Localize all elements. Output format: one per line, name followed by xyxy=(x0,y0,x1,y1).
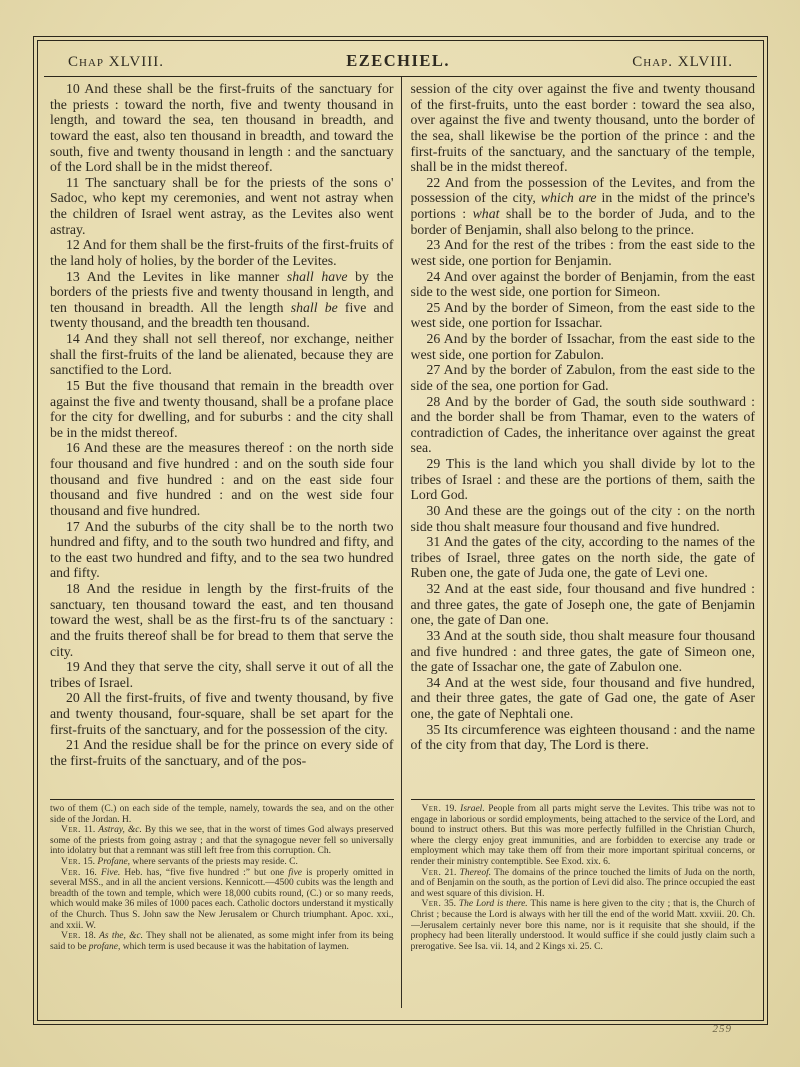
verse-paragraph: 29 This is the land which you shall divi… xyxy=(411,456,756,503)
verse-paragraph: 18 And the residue in length by the firs… xyxy=(50,581,394,659)
verse-paragraph: 35 Its circumference was eighteen thousa… xyxy=(411,722,756,753)
scanned-page: Chap XLVIII. EZECHIEL. Chap. XLVIII. 10 … xyxy=(0,0,800,1067)
verse-paragraph: 16 And these are the measures thereof : … xyxy=(50,440,394,518)
verse-paragraph: 23 And for the rest of the tribes : from… xyxy=(411,237,756,268)
verse-paragraph: 31 And the gates of the city, according … xyxy=(411,534,756,581)
text-columns: 10 And these shall be the first-fruits o… xyxy=(38,77,763,1020)
verse-paragraph: 27 And by the border of Zabulon, from th… xyxy=(411,362,756,393)
header-book-title: EZECHIEL. xyxy=(346,51,450,71)
verse-paragraph: 24 And over against the border of Benjam… xyxy=(411,269,756,300)
verse-paragraph: 30 And these are the goings out of the c… xyxy=(411,503,756,534)
verse-paragraph: 33 And at the south side, thou shalt mea… xyxy=(411,628,756,675)
verse-paragraph: 15 But the five thousand that remain in … xyxy=(50,378,394,441)
page-border-inner: Chap XLVIII. EZECHIEL. Chap. XLVIII. 10 … xyxy=(37,40,764,1021)
verse-paragraph: 12 And for them shall be the first-fruit… xyxy=(50,237,394,268)
header-chapter-right: Chap. XLVIII. xyxy=(632,54,733,71)
left-footnotes: two of them (C.) on each side of the tem… xyxy=(50,800,394,1020)
verse-paragraph: 21 And the residue shall be for the prin… xyxy=(50,737,394,768)
footnote-paragraph: Ver. 35. The Lord is there. This name is… xyxy=(411,899,756,952)
right-column: session of the city over against the fiv… xyxy=(401,77,764,1020)
verse-paragraph: 20 All the first-fruits, of five and twe… xyxy=(50,690,394,737)
page-number: 259 xyxy=(713,1023,733,1035)
footnote-paragraph: Ver. 18. As the, &c. They shall not be a… xyxy=(50,931,394,952)
left-column: 10 And these shall be the first-fruits o… xyxy=(38,77,401,1020)
footnote-paragraph: Ver. 16. Five. Heb. has, “five five hund… xyxy=(50,868,394,932)
left-column-verses: 10 And these shall be the first-fruits o… xyxy=(50,81,394,797)
verse-paragraph: 32 And at the east side, four thousand a… xyxy=(411,581,756,628)
verse-paragraph: 17 And the suburbs of the city shall be … xyxy=(50,519,394,582)
column-divider-rule xyxy=(401,77,402,1008)
verse-paragraph: 26 And by the border of Issachar, from t… xyxy=(411,331,756,362)
footnote-paragraph: Ver. 21. Thereof. The domains of the pri… xyxy=(411,868,756,900)
footnote-paragraph: two of them (C.) on each side of the tem… xyxy=(50,804,394,825)
right-footnotes: Ver. 19. Israel. People from all parts m… xyxy=(411,800,756,1020)
footnote-paragraph: Ver. 19. Israel. People from all parts m… xyxy=(411,804,756,868)
verse-paragraph: 10 And these shall be the first-fruits o… xyxy=(50,81,394,175)
header-chapter-left: Chap XLVIII. xyxy=(68,54,164,71)
verse-paragraph: 28 And by the border of Gad, the south s… xyxy=(411,394,756,457)
verse-paragraph: 19 And they that serve the city, shall s… xyxy=(50,659,394,690)
verse-paragraph: 22 And from the possession of the Levite… xyxy=(411,175,756,238)
verse-paragraph: 14 And they shall not sell thereof, nor … xyxy=(50,331,394,378)
verse-paragraph: 11 The sanctuary shall be for the priest… xyxy=(50,175,394,238)
running-head: Chap XLVIII. EZECHIEL. Chap. XLVIII. xyxy=(44,41,757,77)
verse-paragraph: 13 And the Levites in like manner shall … xyxy=(50,269,394,332)
verse-paragraph: 34 And at the west side, four thousand a… xyxy=(411,675,756,722)
right-column-verses: session of the city over against the fiv… xyxy=(411,81,756,797)
verse-paragraph: session of the city over against the fiv… xyxy=(411,81,756,175)
footnote-paragraph: Ver. 11. Astray, &c. By this we see, tha… xyxy=(50,825,394,857)
page-border-outer: Chap XLVIII. EZECHIEL. Chap. XLVIII. 10 … xyxy=(33,36,768,1025)
footnote-paragraph: Ver. 15. Profane, where servants of the … xyxy=(50,857,394,868)
verse-paragraph: 25 And by the border of Simeon, from the… xyxy=(411,300,756,331)
